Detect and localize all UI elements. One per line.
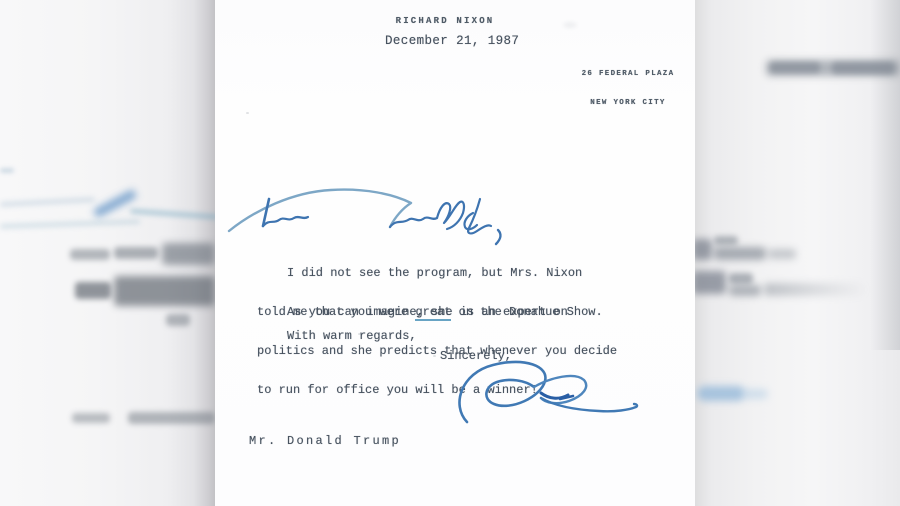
blur-text-left (128, 412, 215, 424)
scan-speck (358, 333, 361, 335)
blur-text-right-mid (768, 249, 796, 259)
signature-script-drawing (437, 357, 642, 429)
letterhead-name: RICHARD NIXON (355, 16, 535, 26)
blur-text-right-mid (729, 273, 753, 284)
scanned-letter-photo: RICHARD NIXON December 21, 1987 26 FEDER… (0, 0, 900, 506)
blur-text-left (166, 314, 190, 326)
blur-text-left (75, 282, 111, 299)
scan-speck (433, 355, 436, 357)
scan-speck (246, 112, 249, 114)
body-p1-line1: I did not see the program, but Mrs. Nixo… (257, 267, 603, 280)
letterhead-address: 26 FEDERAL PLAZA NEW YORK CITY (567, 51, 689, 127)
blur-text-right-mid (764, 283, 868, 296)
blur-text-right-mid (692, 239, 712, 260)
blur-text-left (70, 249, 110, 260)
blur-text-right-mid (692, 271, 726, 294)
salutation-script-drawing (227, 186, 512, 246)
background-right-edge-shade (870, 0, 900, 350)
blur-text-right-top (770, 62, 820, 73)
blur-signature-reflection (697, 386, 745, 401)
recipient-line: Mr. Donald Trump (249, 434, 401, 448)
blur-text-left (162, 243, 215, 265)
blur-text-left (114, 247, 158, 259)
blur-text-left (72, 413, 110, 423)
blur-text-right-mid (714, 236, 738, 245)
regards-line: With warm regards, (287, 329, 417, 343)
letterhead-address-line1: 26 FEDERAL PLAZA (567, 70, 689, 80)
date-line: December 21, 1987 (385, 34, 519, 48)
nixon-signature (437, 357, 642, 429)
body-p2-line1: As you can imagine, she is an expert on (257, 306, 617, 319)
blur-text-left (114, 276, 215, 306)
letter-paper: RICHARD NIXON December 21, 1987 26 FEDER… (215, 0, 695, 506)
blur-text-right-mid (729, 285, 761, 296)
letterhead-address-line2: NEW YORK CITY (567, 99, 689, 109)
blur-text-right-mid (714, 247, 766, 260)
handwritten-salutation: Dear Donald, (227, 186, 512, 246)
blur-text-right-top (832, 62, 894, 74)
scan-smudge (563, 22, 577, 28)
blur-blue-dash (0, 168, 14, 173)
blur-signature-reflection (742, 389, 768, 399)
